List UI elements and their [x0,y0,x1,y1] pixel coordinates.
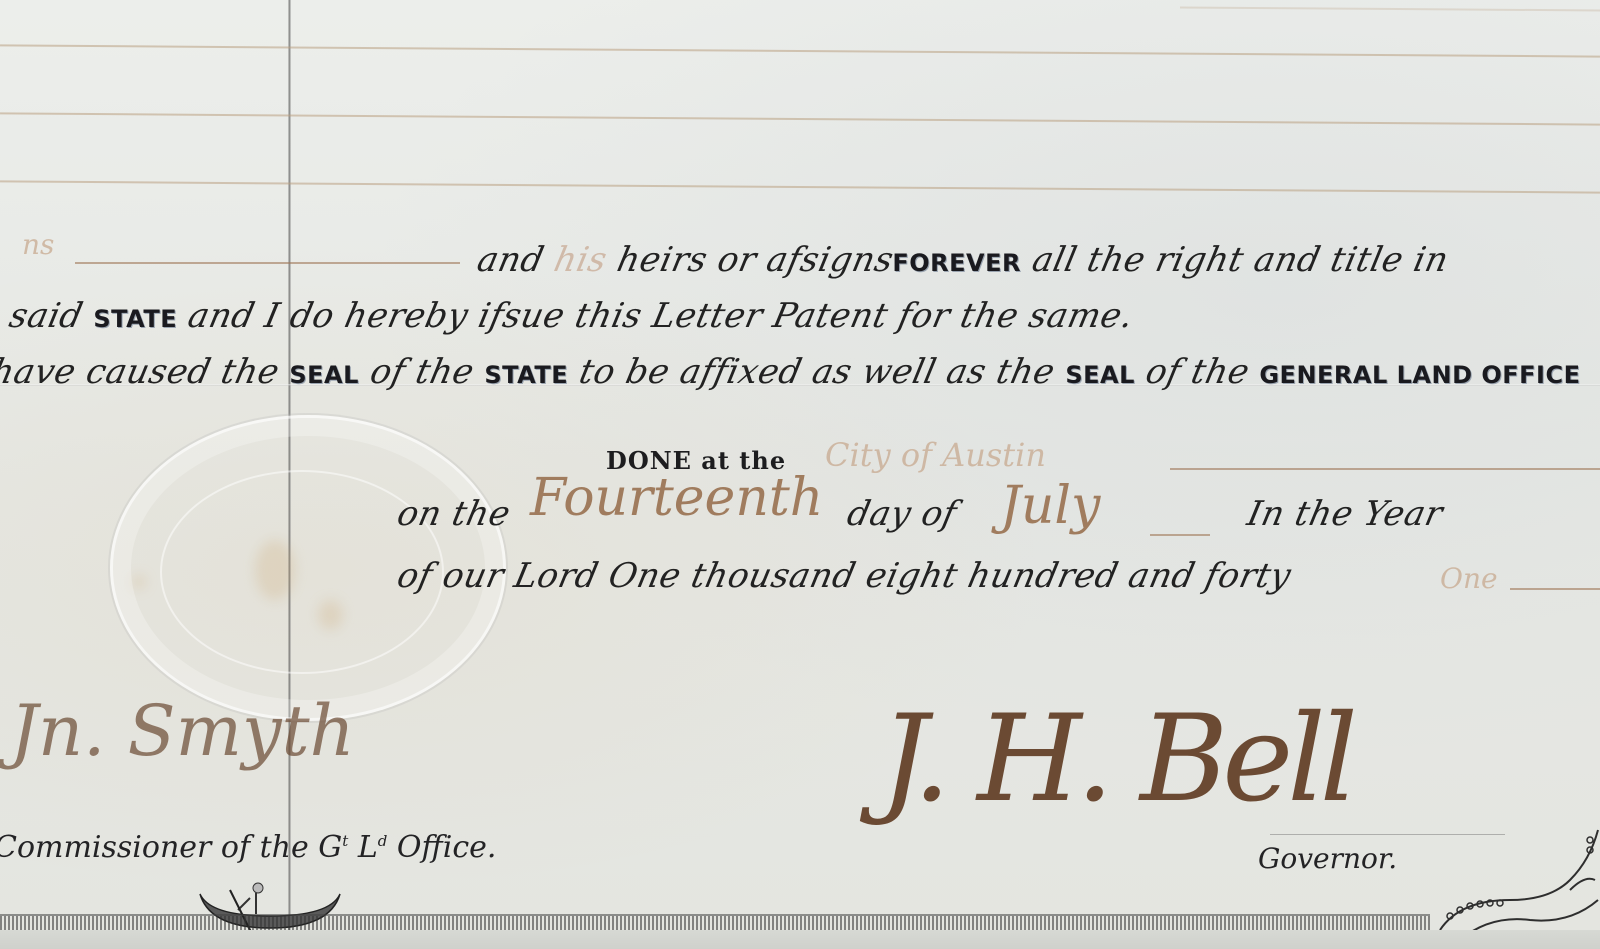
handwritten-year-suffix: One [1440,562,1498,595]
date-line-day-of: day of [844,494,961,534]
caps-seal: SEAL [1065,361,1135,389]
place-blank-line [1170,468,1600,470]
body-line-1: and his heirs or afsignsFOREVER all the … [474,240,1453,280]
year-blank-line [1510,588,1600,590]
month-blank-line [1150,534,1210,536]
ruled-line [0,44,1600,57]
handwritten-day: Fourteenth [530,468,823,528]
date-line-year: of our Lord One thousand eight hundred a… [394,556,1295,596]
caps-forever: FOREVER [892,249,1021,277]
commissioner-title: Commissioner of the Gt Ld Office. [0,830,496,865]
governor-signature: J. H. Bell [880,690,1352,829]
commissioner-signature: Jn. Smyth [10,690,355,772]
date-line-on-the: on the [394,494,514,534]
name-blank-line [75,262,460,264]
ruled-line [0,180,1600,193]
ruled-line [1180,7,1600,12]
body-line-3: have caused the SEAL of the STATE to be … [0,352,1586,392]
bottom-margin [0,930,1600,949]
caps-general-land-office: GENERAL LAND OFFICE [1260,361,1581,389]
caps-state: STATE [484,361,568,389]
handwritten-name-fragment: ns [22,228,54,261]
body-line-2: said STATE and I do hereby ifsue this Le… [6,296,1137,336]
caps-state: STATE [93,305,177,333]
handwritten-month: July [1000,476,1100,536]
handwritten-place: City of Austin [825,436,1046,474]
date-line-in-the-year: In the Year [1244,494,1447,534]
ruled-line [0,112,1600,125]
governor-title: Governor. [1258,842,1397,875]
caps-seal: SEAL [290,361,360,389]
